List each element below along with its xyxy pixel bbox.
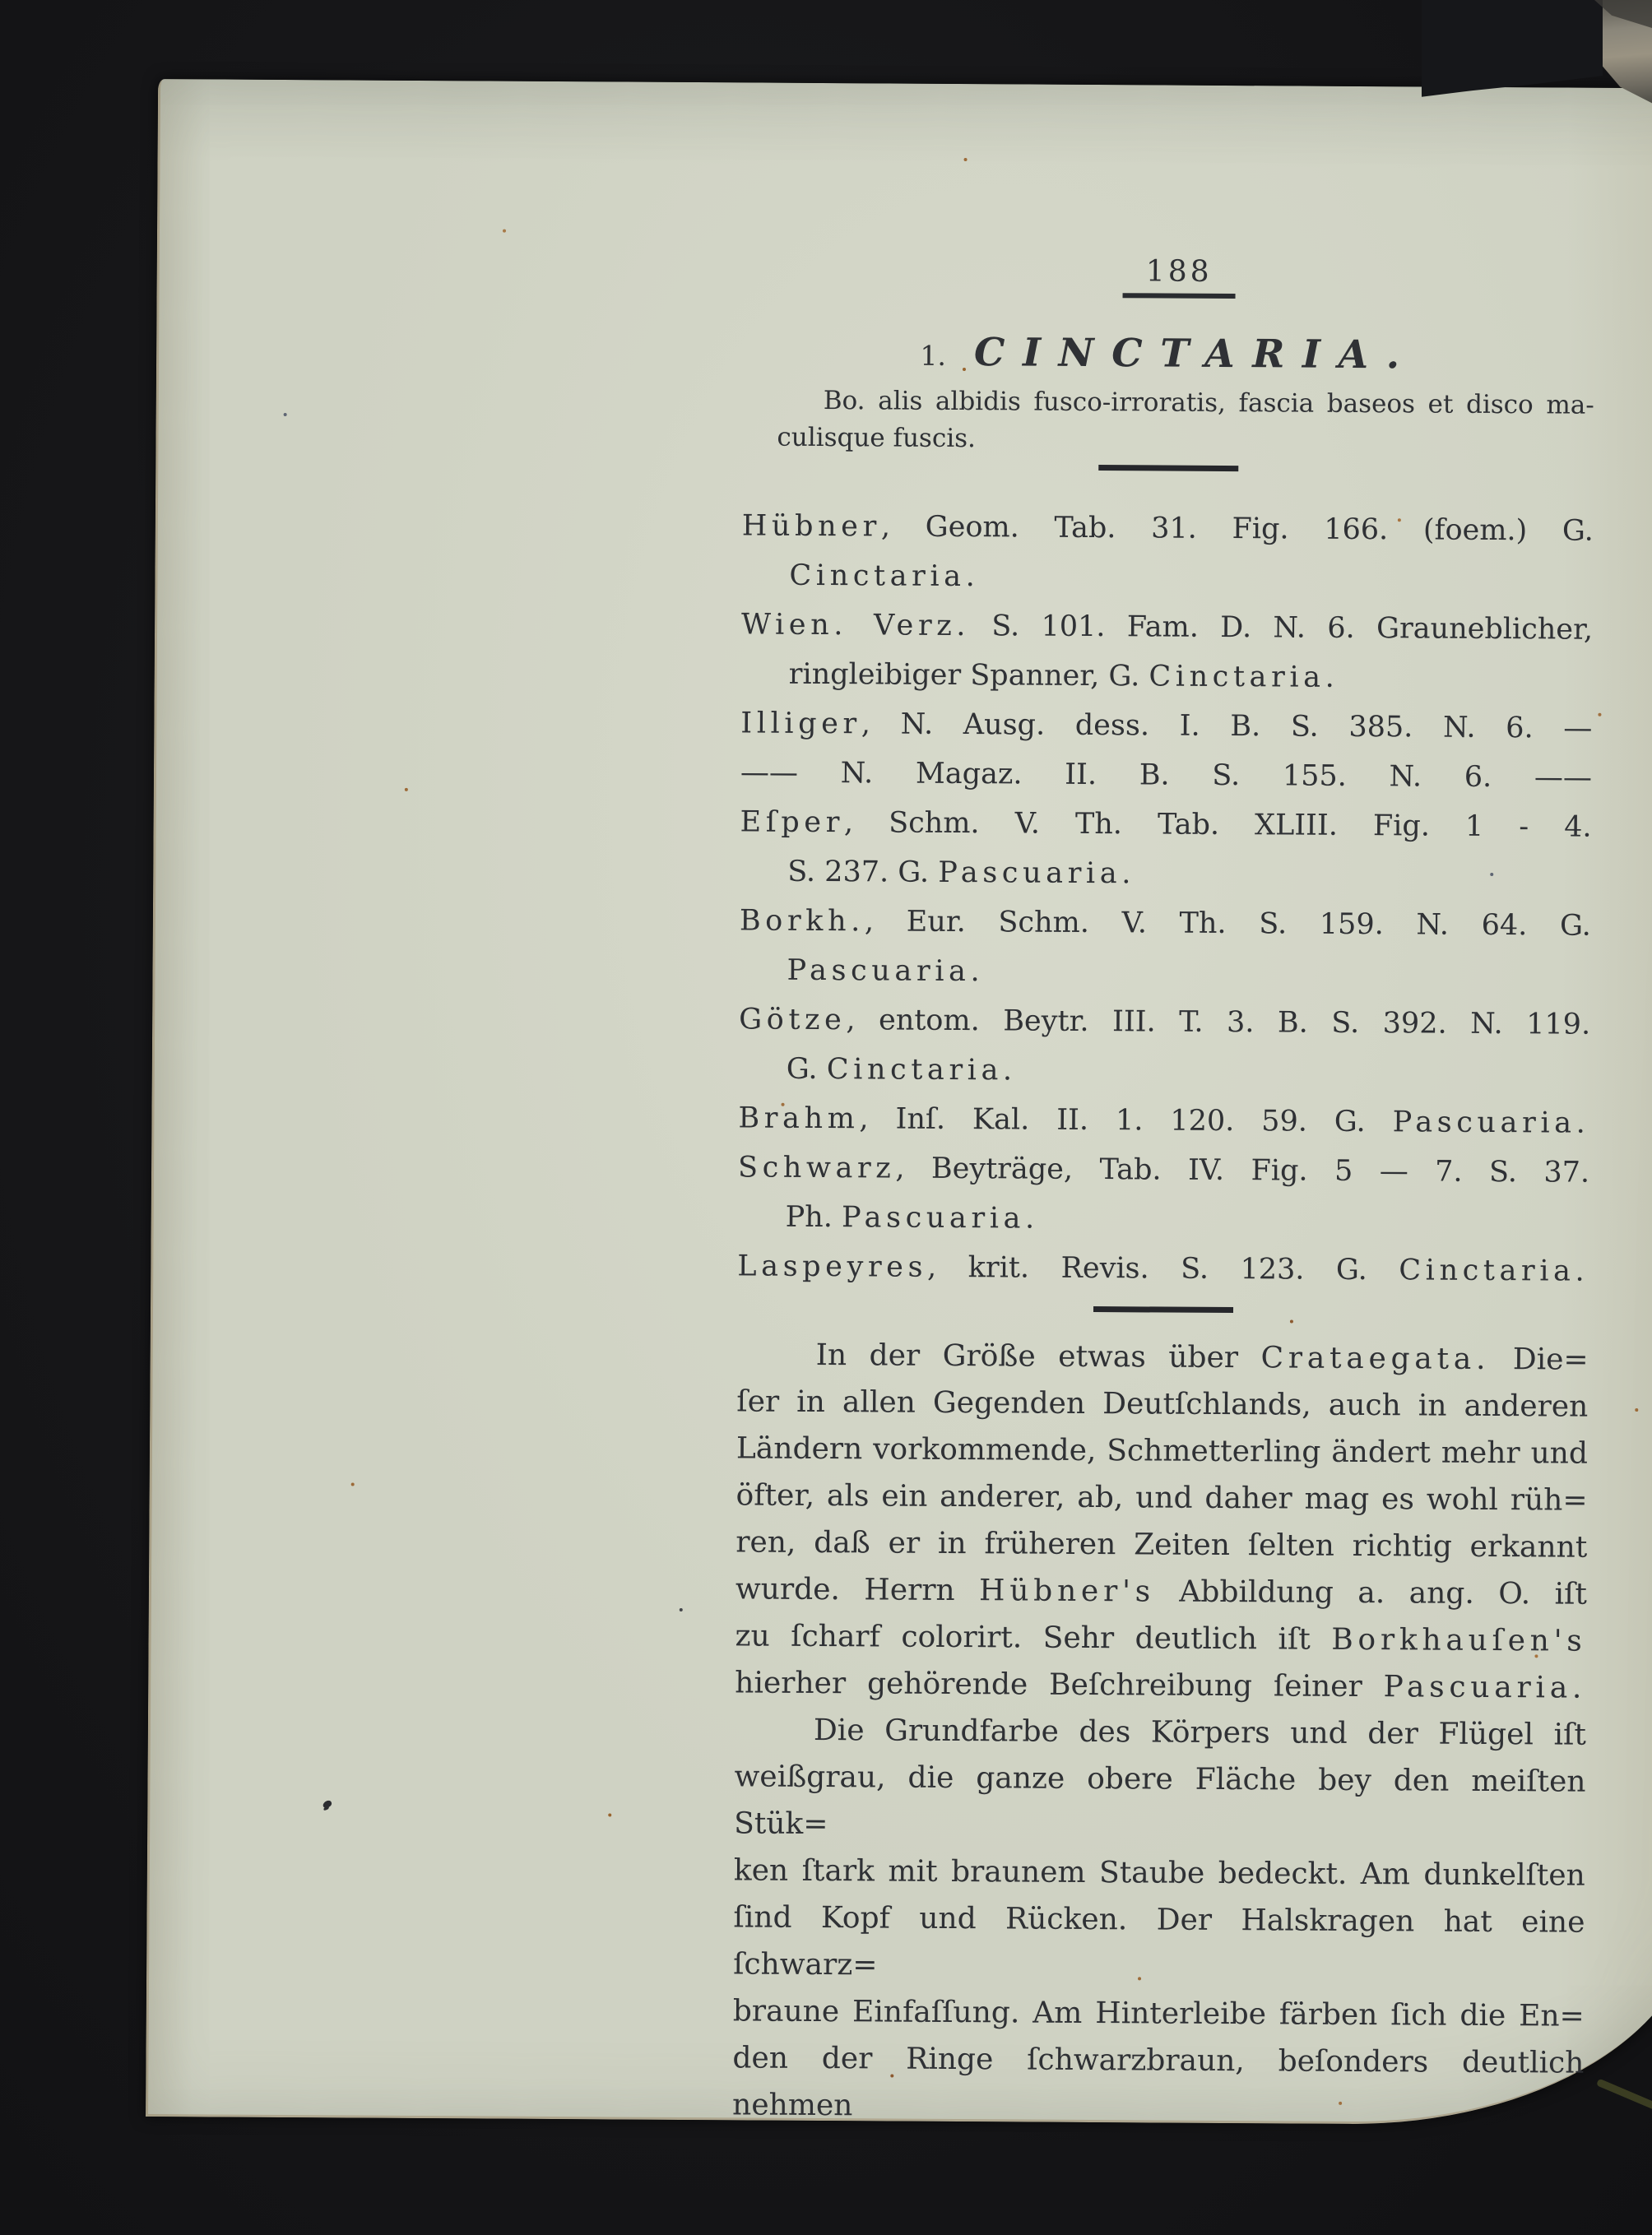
diagnosis-line: culisque fuscis.: [777, 420, 1594, 461]
letterspaced-name: Pascuaria.: [938, 856, 1135, 890]
page-number: 188: [754, 252, 1605, 300]
letterspaced-name: Borkhauſen's: [1331, 1623, 1587, 1658]
reference-line: Brahm, Inſ. Kal. II. 1. 120. 59. G. Pasc…: [738, 1093, 1589, 1148]
text-segment: In der Größe etwas über: [816, 1338, 1261, 1375]
text-segment: S. 101. Fam. D. N. 6. Grauneblicher,: [970, 610, 1593, 647]
reference-line: Laspeyres, krit. Revis. S. 123. G. Cinct…: [737, 1241, 1589, 1296]
text-segment: braune Einfaſſung. Am Hinterleibe färben…: [733, 1994, 1585, 2033]
text-line: ſind Kopf und Rücken. Der Halskragen hat…: [733, 1894, 1585, 1992]
text-segment: , entom. Beytr. III. T. 3. B. S. 392. N.…: [846, 1004, 1590, 1041]
reference-continuation: Cinctaria.: [741, 550, 1593, 605]
text-segment: den der Ringe ſchwarzbraun, beſonders de…: [732, 2041, 1585, 2122]
letterspaced-name: Cinctaria.: [827, 1053, 1017, 1087]
text-line: weißgrau, die ganze obere Fläche bey den…: [734, 1753, 1586, 1852]
text-segment: hierher gehörende Beſchreibung ſeiner: [735, 1666, 1384, 1704]
divider-rule: [1098, 465, 1238, 471]
text-segment: ſer in allen Gegenden Deutſchlands, auch…: [736, 1384, 1588, 1423]
reference-line: Eſper, Schm. V. Th. Tab. XLIII. Fig. 1 -…: [740, 797, 1591, 851]
text-segment: Ph.: [786, 1201, 842, 1234]
reference-continuation: Pascuaria.: [739, 945, 1590, 999]
text-segment: Die=: [1490, 1342, 1589, 1377]
text-line: zu ſcharf colorirt. Sehr deutlich iſt Bo…: [735, 1612, 1586, 1664]
text-segment: Abbildung a. ang. O. iſt: [1155, 1574, 1587, 1611]
book-edge-sliver: [1596, 2079, 1652, 2117]
text-segment: wurde. Herrn: [736, 1572, 979, 1607]
text-segment: , krit. Revis. S. 123. G.: [927, 1251, 1399, 1287]
text-segment: S. 237. G.: [787, 856, 938, 889]
reference-list: Hübner, Geom. Tab. 31. Fig. 166. (foem.)…: [737, 501, 1594, 1296]
letterspaced-name: Hübner's: [979, 1574, 1155, 1608]
letterspaced-name: Borkh.: [740, 904, 865, 938]
reference-entry: Wien. Verz. S. 101. Fam. D. N. 6. Graune…: [741, 600, 1594, 703]
reference-entry: Hübner, Geom. Tab. 31. Fig. 166. (foem.)…: [741, 501, 1594, 605]
text-segment: , Beyträge, Tab. IV. Fig. 5 — 7. S. 37.: [895, 1152, 1589, 1189]
text-line: ſer in allen Gegenden Deutſchlands, auch…: [736, 1378, 1588, 1430]
letterspaced-name: Pascuaria.: [1393, 1106, 1590, 1139]
text-segment: ken ſtark mit braunem Staube bedeckt. Am…: [734, 1853, 1585, 1892]
letterspaced-name: Cinctaria.: [1399, 1254, 1589, 1287]
reference-continuation: Ph. Pascuaria.: [738, 1192, 1589, 1246]
text-line: wurde. Herrn Hübner's Abbildung a. ang. …: [736, 1565, 1587, 1617]
reference-line: Schwarz, Beyträge, Tab. IV. Fig. 5 — 7. …: [738, 1143, 1589, 1197]
letterspaced-name: Pascuaria.: [842, 1201, 1039, 1235]
text-line: hierher gehörende Beſchreibung ſeiner Pa…: [735, 1659, 1586, 1711]
reference-entry: Illiger, N. Ausg. dess. I. B. S. 385. N.…: [740, 698, 1592, 753]
letterspaced-name: Pascuaria.: [787, 954, 984, 988]
text-line: öfter, als ein anderer, ab, und daher ma…: [736, 1472, 1587, 1523]
letterspaced-name: Pascuaria.: [1383, 1670, 1586, 1705]
reference-entry: Eſper, Schm. V. Th. Tab. XLIII. Fig. 1 -…: [740, 797, 1592, 901]
letterspaced-name: Wien. Verz.: [741, 608, 970, 642]
letterspaced-name: Schwarz: [738, 1151, 896, 1185]
text-line: ken ſtark mit braunem Staube bedeckt. Am…: [734, 1847, 1585, 1899]
text-segment: , Eur. Schm. V. Th. S. 159. N. 64. G.: [865, 905, 1591, 942]
text-segment: weißgrau, die ganze obere Fläche bey den…: [734, 1760, 1586, 1841]
diagnosis-line: Bo. alis albidis fusco-irroratis, fascia…: [777, 383, 1594, 424]
text-line: ren, daß er in früheren Zeiten ſelten ri…: [736, 1519, 1587, 1570]
reference-entry: Borkh., Eur. Schm. V. Th. S. 159. N. 64.…: [739, 896, 1591, 999]
reference-line: Hübner, Geom. Tab. 31. Fig. 166. (foem.)…: [742, 501, 1594, 555]
reference-line: —— N. Magaz. II. B. S. 155. N. 6. ——: [740, 748, 1592, 802]
text-segment: zu ſcharf colorirt. Sehr deutlich iſt: [735, 1619, 1331, 1656]
text-segment: G.: [787, 1053, 827, 1086]
text-segment: , N. Ausg. dess. I. B. S. 385. N. 6. —: [861, 707, 1593, 744]
reference-line: Borkh., Eur. Schm. V. Th. S. 159. N. 64.…: [740, 896, 1591, 950]
text-segment: , Inſ. Kal. II. 1. 120. 59. G.: [859, 1102, 1392, 1138]
letterspaced-name: Laspeyres: [737, 1250, 927, 1283]
text-line: Die Grundfarbe des Körpers und der Flüge…: [735, 1706, 1586, 1758]
text-line: In der Größe etwas über Crataegata. Die=: [736, 1331, 1588, 1383]
text-segment: culisque fuscis.: [777, 423, 976, 453]
text-segment: —— N. Magaz. II. B. S. 155. N. 6. ——: [740, 756, 1592, 794]
reference-entry: Schwarz, Beyträge, Tab. IV. Fig. 5 — 7. …: [738, 1143, 1590, 1246]
reference-line: Götze, entom. Beytr. III. T. 3. B. S. 39…: [739, 995, 1590, 1049]
reference-continuation: G. Cinctaria.: [739, 1044, 1590, 1098]
paper-speckles: [158, 79, 161, 82]
body-paragraph: Die Grundfarbe des Körpers und der Flüge…: [732, 1706, 1586, 2133]
text-segment: Ländern vorkommende, Schmetterling änder…: [736, 1431, 1588, 1470]
letterspaced-name: Brahm: [738, 1101, 859, 1135]
reference-continuation: ringleibiger Spanner, G. Cinctaria.: [741, 649, 1593, 703]
body-paragraph: In der Größe etwas über Crataegata. Die=…: [735, 1331, 1589, 1711]
reference-entry: Laspeyres, krit. Revis. S. 123. G. Cinct…: [737, 1241, 1589, 1296]
description-paragraphs: In der Größe etwas über Crataegata. Die=…: [732, 1331, 1589, 2133]
reference-entry: Brahm, Inſ. Kal. II. 1. 120. 59. G. Pasc…: [738, 1093, 1589, 1148]
text-segment: ſind Kopf und Rücken. Der Halskragen hat…: [733, 1900, 1585, 1982]
letterspaced-name: Cinctaria.: [789, 559, 979, 593]
text-column: 188 1.CINCTARIA. Bo. alis albidis fusco-…: [732, 82, 1596, 2133]
letterspaced-name: Eſper: [740, 805, 845, 839]
ink-blot: [322, 1800, 332, 1809]
reference-line: Illiger, N. Ausg. dess. I. B. S. 385. N.…: [740, 698, 1592, 753]
text-segment: Die Grundfarbe des Körpers und der Flüge…: [814, 1713, 1586, 1752]
text-segment: ringleibiger Spanner, G.: [789, 658, 1149, 693]
text-line: den der Ringe ſchwarzbraun, beſonders de…: [732, 2034, 1585, 2133]
reference-entry: Götze, entom. Beytr. III. T. 3. B. S. 39…: [739, 995, 1591, 1098]
letterspaced-name: Cinctaria.: [1149, 660, 1339, 693]
scan-background: { "colors": { "photo_background": "#1616…: [0, 0, 1652, 2235]
text-segment: öfter, als ein anderer, ab, und daher ma…: [736, 1478, 1588, 1517]
text-line: Ländern vorkommende, Schmetterling änder…: [736, 1425, 1588, 1477]
letterspaced-name: Crataegata.: [1260, 1341, 1490, 1376]
text-segment: ren, daß er in früheren Zeiten ſelten ri…: [736, 1525, 1587, 1564]
book-page: 188 1.CINCTARIA. Bo. alis albidis fusco-…: [146, 79, 1652, 2126]
divider-rule: [1093, 1306, 1232, 1313]
species-index: 1.: [920, 340, 946, 372]
text-segment: , Schm. V. Th. Tab. XLIII. Fig. 1 - 4.: [844, 806, 1592, 844]
letterspaced-name: Illiger: [740, 707, 861, 740]
letterspaced-name: Götze: [739, 1003, 846, 1036]
species-heading: 1.CINCTARIA.: [743, 328, 1594, 378]
text-line: braune Einfaſſung. Am Hinterleibe färben…: [733, 1987, 1585, 2039]
text-segment: , Geom. Tab. 31. Fig. 166. (foem.) G.: [881, 510, 1594, 547]
reference-continuation: S. 237. G. Pascuaria.: [740, 846, 1591, 901]
page-number-value: 188: [1123, 254, 1236, 299]
latin-diagnosis: Bo. alis albidis fusco-irroratis, fascia…: [777, 383, 1594, 461]
letterspaced-name: Hübner: [742, 509, 881, 543]
reference-line: Wien. Verz. S. 101. Fam. D. N. 6. Graune…: [741, 600, 1593, 654]
reference-entry: —— N. Magaz. II. B. S. 155. N. 6. ——: [740, 748, 1592, 802]
text-segment: Bo. alis albidis fusco-irroratis, fascia…: [824, 386, 1594, 420]
species-title: CINCTARIA.: [974, 330, 1418, 378]
